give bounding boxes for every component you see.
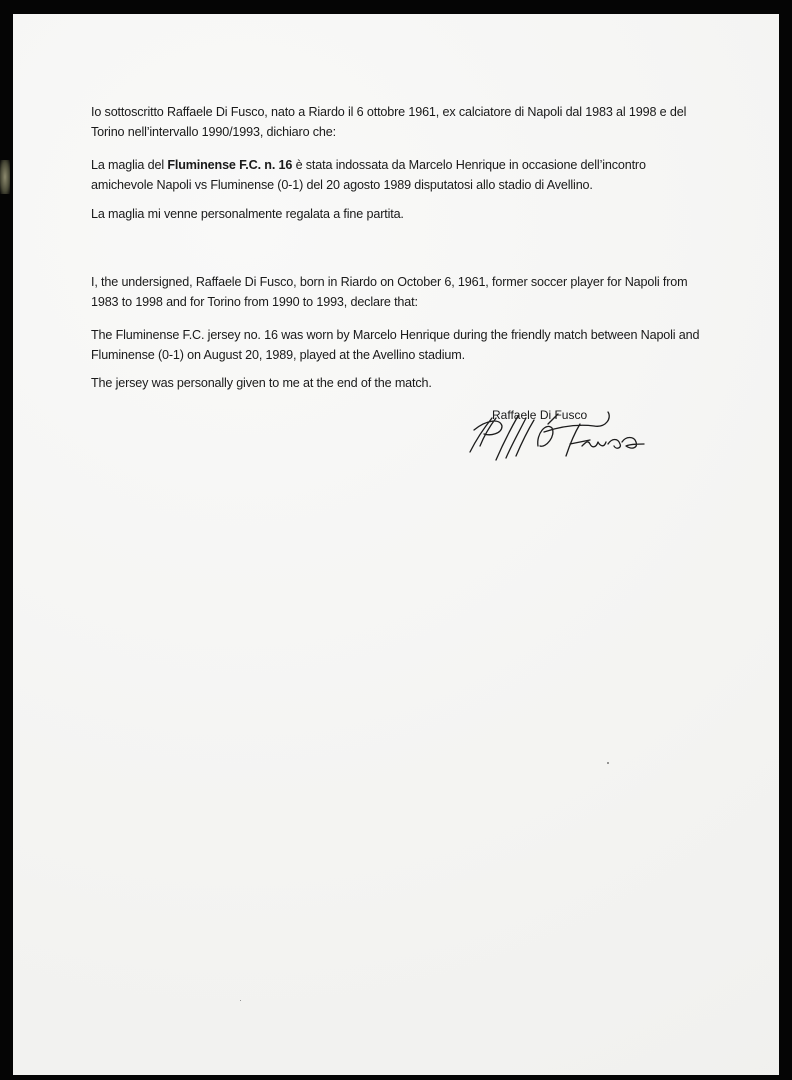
english-gift-text: The jersey was personally given to me at… [91, 373, 711, 393]
italian-jersey-text: La maglia del Fluminense F.C. n. 16 è st… [91, 155, 711, 195]
italian-gift-text: La maglia mi venne personalmente regalat… [91, 204, 711, 224]
italian-paragraph-2: La maglia del Fluminense F.C. n. 16 è st… [91, 155, 711, 195]
english-paragraph-3: The jersey was personally given to me at… [91, 373, 711, 393]
italian-jersey-bold: Fluminense F.C. n. 16 [167, 158, 292, 172]
english-jersey-text: The Fluminense F.C. jersey no. 16 was wo… [91, 325, 711, 365]
english-paragraph-1: I, the undersigned, Raffaele Di Fusco, b… [91, 272, 711, 312]
paper-speck [240, 1000, 241, 1001]
english-paragraph-2: The Fluminense F.C. jersey no. 16 was wo… [91, 325, 711, 365]
scan-smudge [0, 160, 10, 194]
signature-icon [466, 400, 656, 470]
english-intro-text: I, the undersigned, Raffaele Di Fusco, b… [91, 272, 711, 312]
italian-paragraph-3: La maglia mi venne personalmente regalat… [91, 204, 711, 224]
italian-paragraph-1: Io sottoscritto Raffaele Di Fusco, nato … [91, 102, 711, 142]
italian-intro-text: Io sottoscritto Raffaele Di Fusco, nato … [91, 102, 711, 142]
paper-speck [607, 762, 609, 764]
italian-jersey-prefix: La maglia del [91, 158, 167, 172]
